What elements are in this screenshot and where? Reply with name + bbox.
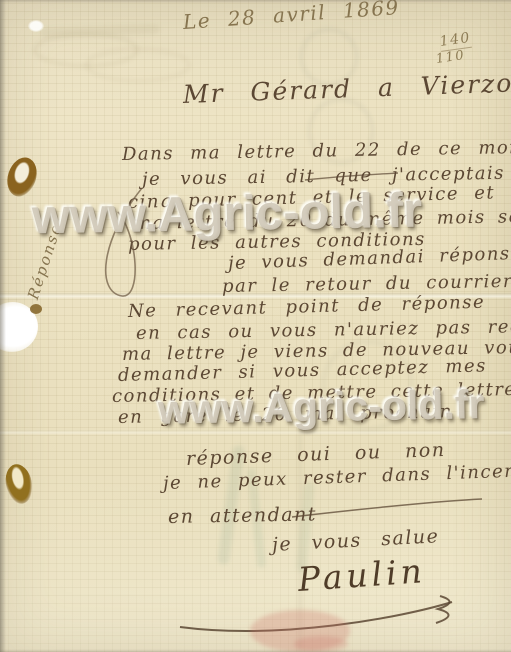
watermark-text: www.Agric-old.fr — [32, 183, 423, 246]
folio-bottom: 110 — [435, 48, 466, 67]
date-line: Le 28 avril 1869 — [182, 0, 400, 34]
letterhead-emboss — [40, 24, 160, 38]
paper-tear-edge — [30, 304, 42, 314]
pink-stain — [294, 636, 348, 652]
letterhead-emboss — [34, 33, 138, 67]
paper-edge — [0, 0, 511, 3]
body-line: Dans ma lettre du 22 de ce mois — [122, 137, 511, 165]
paper-nick — [28, 20, 44, 32]
watermark-text: www.Agric-old.fr — [158, 381, 485, 434]
signature: Paulin — [297, 551, 427, 599]
letterhead-emboss — [86, 48, 190, 82]
recipient-line: Mr Gérard a Vierzon — [182, 68, 511, 109]
ink-hole — [2, 462, 36, 507]
body-line: en attendant — [168, 503, 317, 528]
letter-photo: Le 28 avril 1869 140 110 Mr Gérard a Vie… — [0, 0, 511, 652]
